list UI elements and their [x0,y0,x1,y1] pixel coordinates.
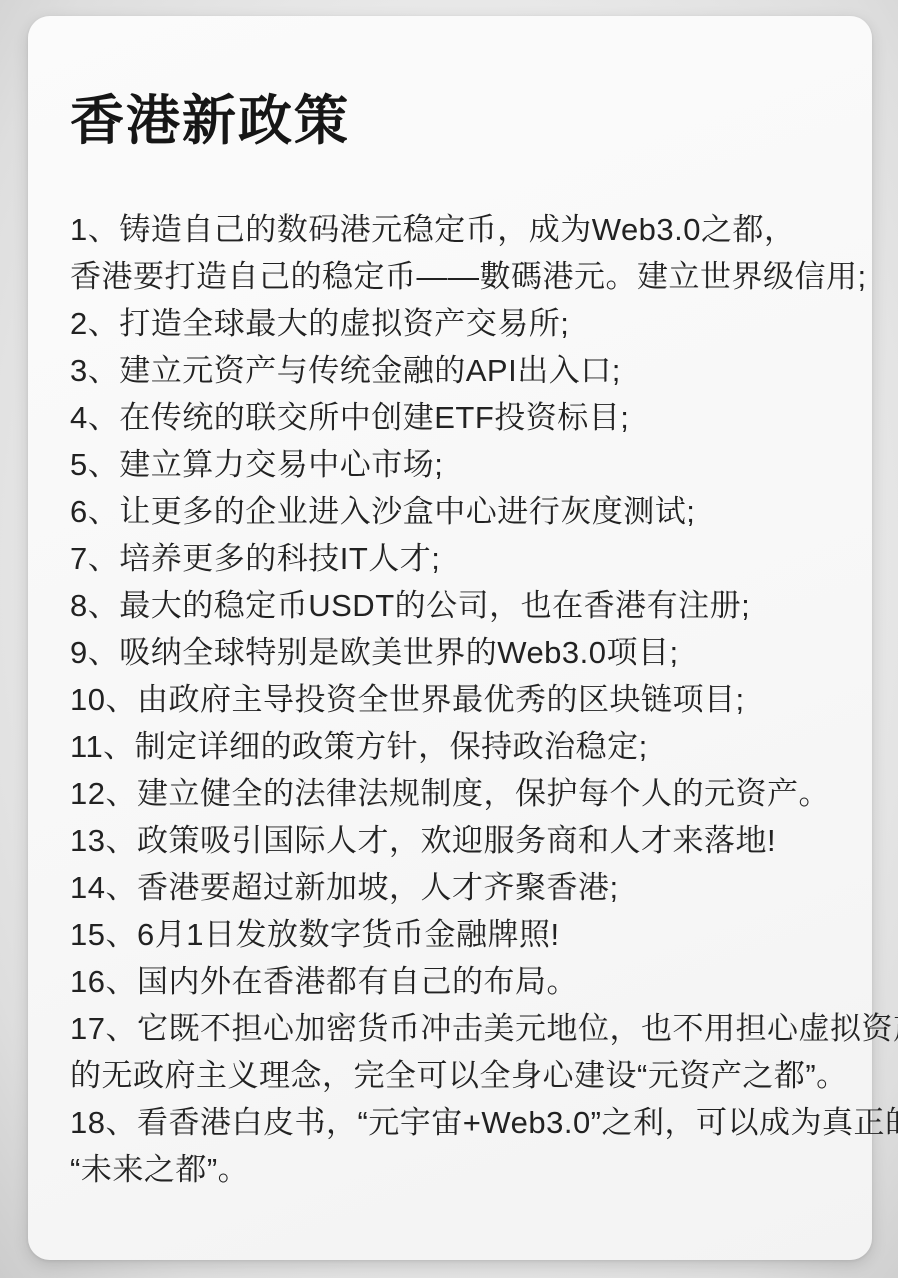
policy-item-17-line-1: 17、它既不担心加密货币冲击美元地位，也不用担心虚拟资产 [70,1005,834,1052]
document-card: 香港新政策 1、铸造自己的数码港元稳定币，成为Web3.0之都，香港要打造自己的… [28,16,872,1260]
policy-item-18-line-1: 18、看香港白皮书，“元宇宙+Web3.0”之利，可以成为真正的 [70,1099,834,1146]
policy-item-13: 13、政策吸引国际人才，欢迎服务商和人才来落地! [70,817,834,864]
policy-item-12: 12、建立健全的法律法规制度，保护每个人的元资产。 [70,770,834,817]
policy-item-4: 4、在传统的联交所中创建ETF投资标目; [70,394,834,441]
policy-item-7: 7、培养更多的科技IT人才; [70,535,834,582]
policy-list: 1、铸造自己的数码港元稳定币，成为Web3.0之都，香港要打造自己的稳定币——數… [70,206,834,1193]
policy-item-8: 8、最大的稳定币USDT的公司，也在香港有注册; [70,582,834,629]
policy-item-17-line-2: 的无政府主义理念，完全可以全身心建设“元资产之都”。 [70,1052,834,1099]
page-title: 香港新政策 [70,16,834,152]
policy-item-18-line-2: “未来之都”。 [70,1146,834,1193]
policy-item-11: 11、制定详细的政策方针，保持政治稳定; [70,723,834,770]
policy-item-14: 14、香港要超过新加坡，人才齐聚香港; [70,864,834,911]
policy-item-10: 10、由政府主导投资全世界最优秀的区块链项目; [70,676,834,723]
policy-item-9: 9、吸纳全球特别是欧美世界的Web3.0项目; [70,629,834,676]
policy-item-2: 2、打造全球最大的虚拟资产交易所; [70,300,834,347]
policy-item-15: 15、6月1日发放数字货币金融牌照! [70,911,834,958]
policy-item-5: 5、建立算力交易中心市场; [70,441,834,488]
policy-item-3: 3、建立元资产与传统金融的API出入口; [70,347,834,394]
policy-item-1-line-2: 香港要打造自己的稳定币——數碼港元。建立世界级信用; [70,253,834,300]
policy-item-6: 6、让更多的企业进入沙盒中心进行灰度测试; [70,488,834,535]
policy-item-16: 16、国内外在香港都有自己的布局。 [70,958,834,1005]
policy-item-1-line-1: 1、铸造自己的数码港元稳定币，成为Web3.0之都， [70,206,834,253]
